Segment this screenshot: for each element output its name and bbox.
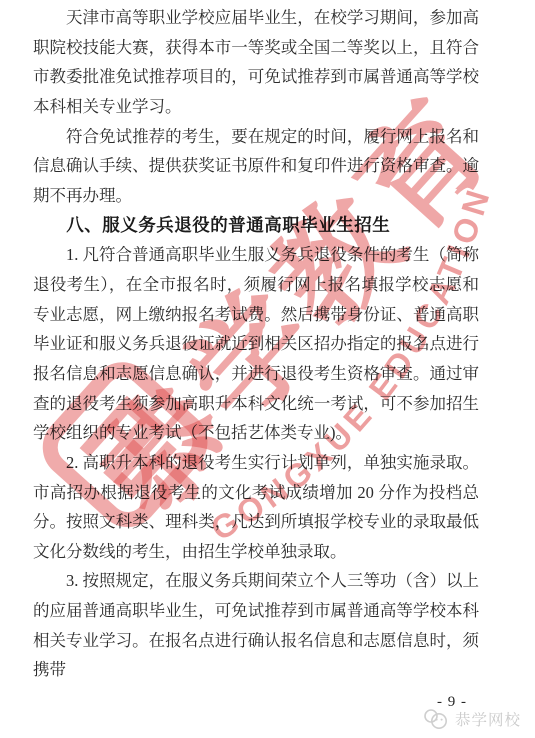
- paragraph-item-3: 3. 按照规定，在服义务兵期间荣立个人三等功（含）以上的应届普通高职毕业生，可免…: [33, 566, 479, 685]
- paragraph-exemption-procedure: 符合免试推荐的考生，要在规定的时间，履行网上报名和信息确认手续、提供获奖证书原件…: [33, 122, 479, 211]
- document-page: 天津市高等职业学校应届毕业生，在校学习期间，参加高职院校技能大赛，获得本市一等奖…: [0, 0, 535, 738]
- brand-mascot-icon: [422, 708, 450, 730]
- document-content: 天津市高等职业学校应届毕业生，在校学习期间，参加高职院校技能大赛，获得本市一等奖…: [33, 3, 479, 711]
- section-heading: 八、服义务兵退役的普通高职毕业生招生: [33, 211, 479, 241]
- paragraph-exemption-intro: 天津市高等职业学校应届毕业生，在校学习期间，参加高职院校技能大赛，获得本市一等奖…: [33, 3, 479, 122]
- footer-brand: 恭学网校: [422, 708, 521, 730]
- paragraph-item-1: 1. 凡符合普通高职毕业生服义务兵退役条件的考生（简称退役考生），在全市报名时，…: [33, 240, 479, 448]
- paragraph-item-2: 2. 高职升本科的退役考生实行计划单列，单独实施录取。市高招办根据退役考生的文化…: [33, 448, 479, 567]
- brand-name: 恭学网校: [455, 708, 521, 730]
- page-number: - 9 -: [33, 694, 479, 711]
